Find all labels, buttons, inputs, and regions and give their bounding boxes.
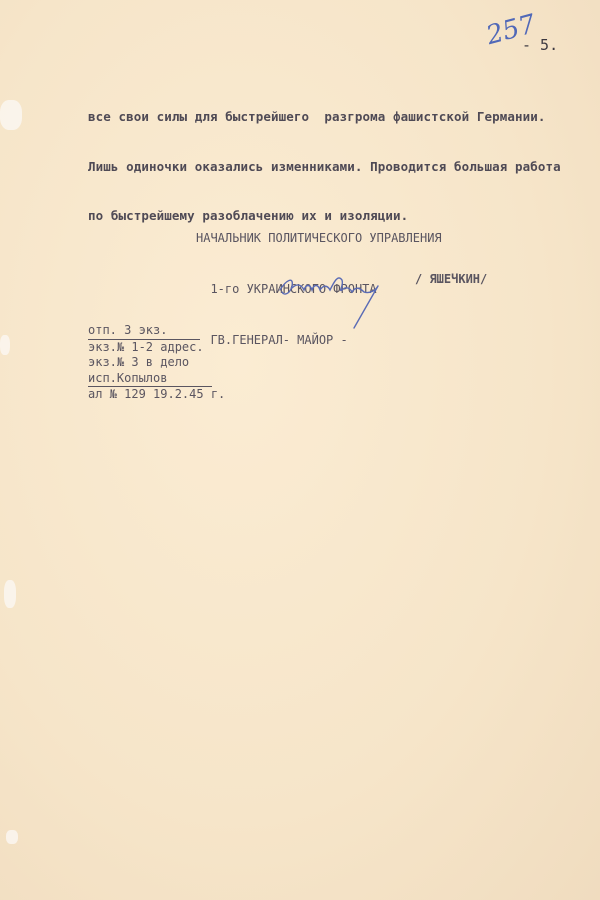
distribution-notes: отп. 3 экз. экз.№ 1-2 адрес. экз.№ 3 в д…: [88, 323, 225, 403]
punch-hole: [0, 100, 22, 130]
signatory-name: / ЯШЕЧКИН/: [415, 272, 487, 286]
signature-title-line: НАЧАЛЬНИК ПОЛИТИЧЕСКОГО УПРАВЛЕНИЯ: [196, 230, 442, 247]
handwritten-signature: [276, 268, 386, 330]
page-number: - 5.: [522, 36, 558, 54]
body-line: все свои силы для быстрейшего разгрома ф…: [88, 109, 561, 126]
note-copies: отп. 3 экз.: [88, 323, 200, 340]
body-line: Лишь одиночки оказались изменниками. Про…: [88, 159, 561, 176]
signature-title-line: ГВ.ГЕНЕРАЛ- МАЙОР -: [196, 332, 442, 349]
document-page: 257 - 5. все свои силы для быстрейшего р…: [0, 0, 600, 900]
punch-hole: [6, 830, 18, 844]
punch-hole: [4, 580, 16, 608]
note-line: экз.№ 1-2 адрес.: [88, 340, 225, 356]
punch-hole: [0, 335, 10, 355]
note-line: ал № 129 19.2.45 г.: [88, 387, 225, 403]
note-line: экз.№ 3 в дело: [88, 355, 225, 371]
note-executor: исп.Копылов: [88, 371, 212, 388]
